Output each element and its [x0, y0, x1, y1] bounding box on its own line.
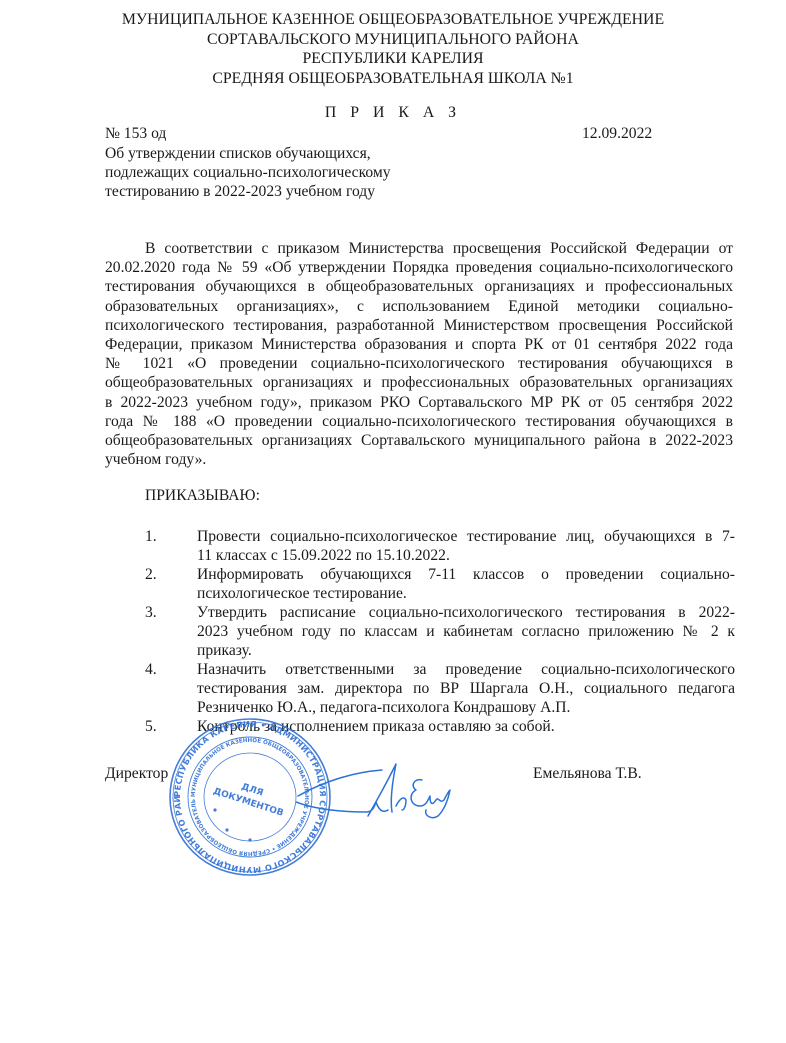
item-number: 1. [145, 527, 157, 546]
subject-line: Об утверждении списков обучающихся, [105, 144, 391, 163]
header-line: РЕСПУБЛИКИ КАРЕЛИЯ [0, 49, 786, 69]
institution-header: МУНИЦИПАЛЬНОЕ КАЗЕННОЕ ОБЩЕОБРАЗОВАТЕЛЬН… [0, 10, 786, 88]
item-number: 4. [145, 660, 157, 679]
order-subject: Об утверждении списков обучающихся, подл… [105, 144, 391, 201]
document-title: П Р И К А З [0, 104, 786, 122]
item-number: 3. [145, 603, 157, 622]
item-line: Назначить ответственными за проведение с… [197, 660, 735, 679]
item-line: тестирования зам. директора по ВР Шаргал… [197, 679, 735, 698]
preamble-line: № 1021 «О проведении социально-психологи… [105, 354, 733, 373]
preamble-line: общеобразовательных организациях Сортава… [105, 431, 733, 450]
header-line: СРЕДНЯЯ ОБЩЕОБРАЗОВАТЕЛЬНАЯ ШКОЛА №1 [0, 69, 786, 89]
preamble-line: В соответствии с приказом Министерства п… [105, 239, 733, 258]
item-line: 11 классах с 15.09.2022 по 15.10.2022. [197, 546, 735, 565]
list-item: 1. Провести социально-психологическое те… [145, 527, 735, 565]
item-line: приказу. [197, 641, 735, 660]
preamble-line: учебном году». [105, 450, 733, 469]
item-line: 2023 учебном году по классам и кабинетам… [197, 622, 735, 641]
list-item: 3. Утвердить расписание социально-психол… [145, 603, 735, 660]
order-directive: ПРИКАЗЫВАЮ: [145, 487, 260, 505]
preamble-line: года № 188 «О проведении социально-психо… [105, 412, 733, 431]
preamble-line: психологического тестирования, разработа… [105, 316, 733, 335]
item-line: Провести социально-психологическое тести… [197, 527, 735, 546]
item-line: психологическое тестирование. [197, 584, 735, 603]
header-line: МУНИЦИПАЛЬНОЕ КАЗЕННОЕ ОБЩЕОБРАЗОВАТЕЛЬН… [0, 10, 786, 30]
order-items-list: 1. Провести социально-психологическое те… [145, 527, 735, 736]
subject-line: тестированию в 2022-2023 учебном году [105, 182, 391, 201]
signatory-name: Емельянова Т.В. [533, 765, 642, 783]
order-date: 12.09.2022 [582, 125, 652, 143]
preamble-line: Федерации, приказом Министерства образов… [105, 335, 733, 354]
preamble-paragraph: В соответствии с приказом Министерства п… [105, 239, 733, 469]
item-line: Утвердить расписание социально-психологи… [197, 603, 735, 622]
preamble-line: в 2022-2023 учебном году», приказом РКО … [105, 393, 733, 412]
signatory-role: Директор [105, 765, 168, 783]
item-number: 5. [145, 717, 157, 736]
preamble-line: тестирования обучающихся в общеобразоват… [105, 277, 733, 296]
list-item: 4. Назначить ответственными за проведени… [145, 660, 735, 717]
order-number: № 153 од [105, 125, 166, 143]
preamble-line: 20.02.2020 года № 59 «Об утверждении Пор… [105, 258, 733, 277]
item-number: 2. [145, 565, 157, 584]
header-line: СОРТАВАЛЬСКОГО МУНИЦИПАЛЬНОГО РАЙОНА [0, 30, 786, 50]
preamble-line: образовательных организациях», с использ… [105, 297, 733, 316]
handwritten-signature-icon [296, 750, 456, 830]
subject-line: подлежащих социально-психологическому [105, 163, 391, 182]
item-line: Информировать обучающихся 7-11 классов о… [197, 565, 735, 584]
preamble-line: общеобразовательных организациях и профе… [105, 373, 733, 392]
list-item: 2. Информировать обучающихся 7-11 классо… [145, 565, 735, 603]
document-page: МУНИЦИПАЛЬНОЕ КАЗЕННОЕ ОБЩЕОБРАЗОВАТЕЛЬН… [0, 0, 786, 1043]
